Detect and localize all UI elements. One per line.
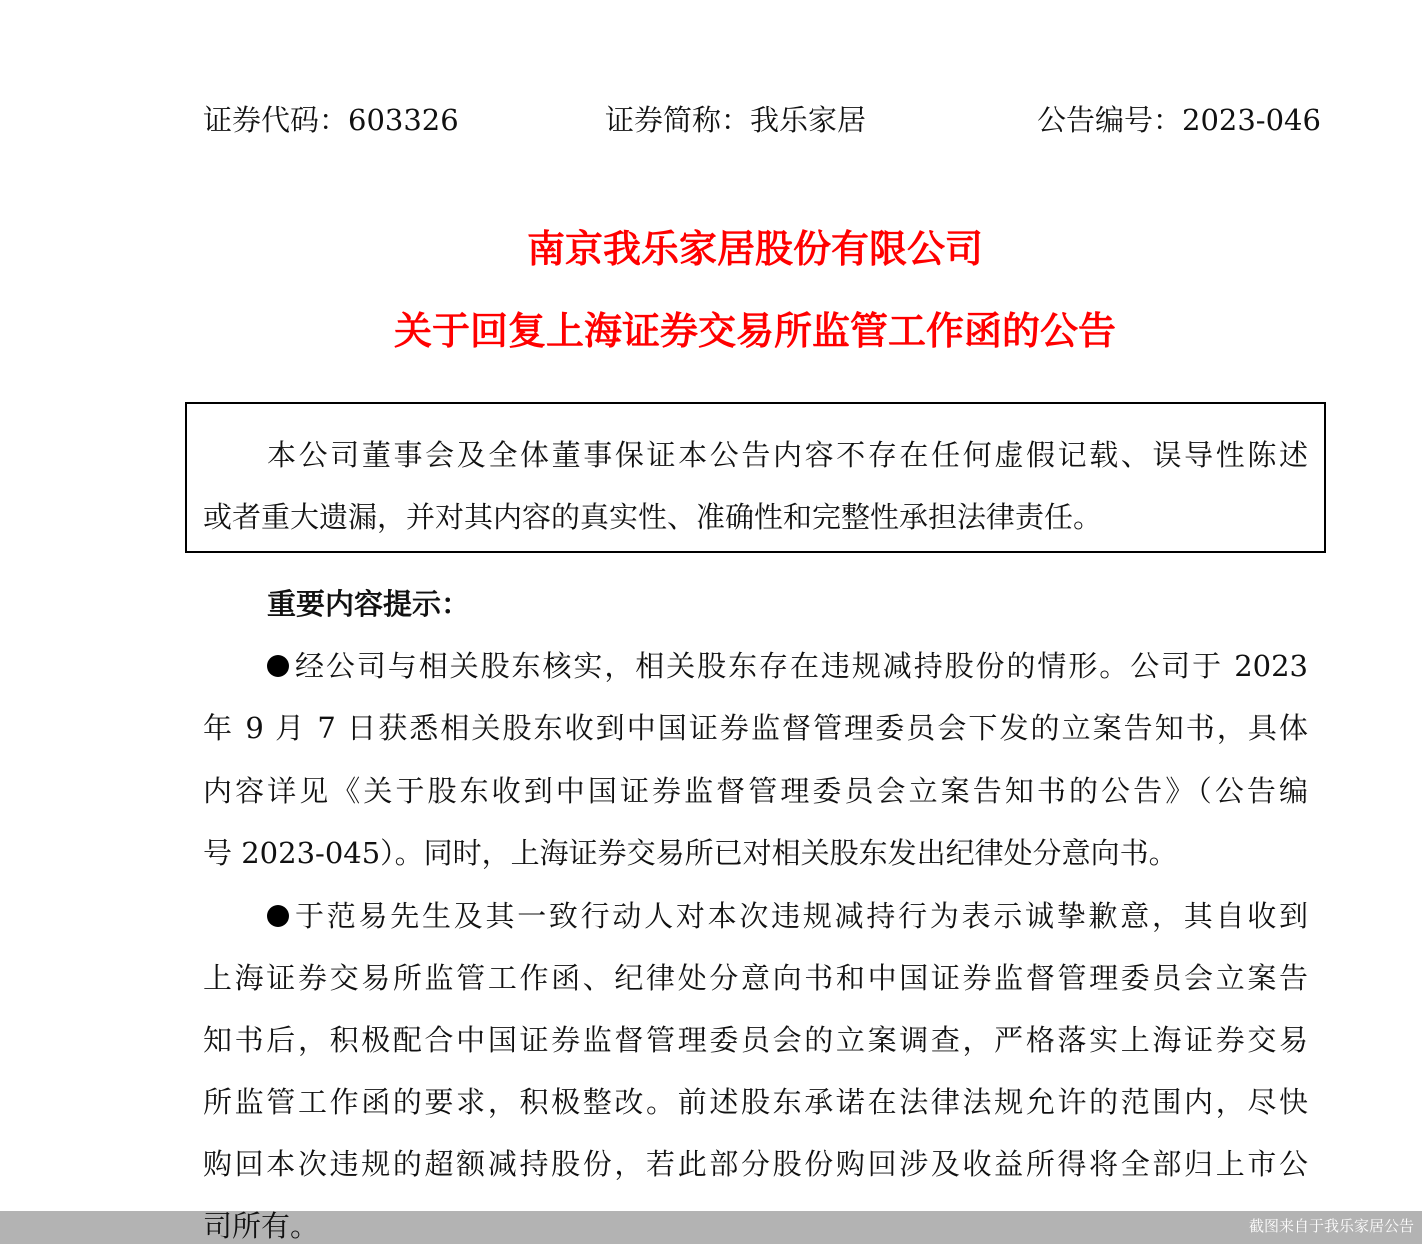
title-subject: 关于回复上海证券交易所监管工作函的公告	[0, 300, 1422, 355]
bullet-icon	[267, 655, 289, 677]
paragraph-line: 内容详见《关于股东收到中国证券监督管理委员会立案告知书的公告》（公告编	[203, 771, 1308, 811]
paragraph-line: 于范易先生及其一致行动人对本次违规减持行为表示诚挚歉意，其自收到	[295, 896, 1308, 936]
paragraph-line: 购回本次违规的超额减持股份，若此部分股份购回涉及收益所得将全部归上市公	[203, 1144, 1308, 1184]
stock-name: 证券简称：我乐家居	[605, 98, 866, 139]
disclaimer-line: 本公司董事会及全体董事保证本公告内容不存在任何虚假记载、误导性陈述	[267, 435, 1308, 475]
paragraph-line: 司所有。	[203, 1206, 1308, 1244]
paragraph-line: 上海证券交易所监管工作函、纪律处分意向书和中国证券监督管理委员会立案告	[203, 958, 1308, 998]
stock-code: 证券代码：603326	[203, 98, 459, 139]
paragraph-line: 经公司与相关股东核实，相关股东存在违规减持股份的情形。公司于 2023	[295, 646, 1308, 686]
important-heading: 重要内容提示：	[267, 584, 470, 624]
title-company: 南京我乐家居股份有限公司	[0, 218, 1422, 273]
bullet-icon	[267, 905, 289, 927]
paragraph-line: 知书后，积极配合中国证券监督管理委员会的立案调查，严格落实上海证券交易	[203, 1020, 1308, 1060]
disclaimer-line: 或者重大遗漏，并对其内容的真实性、准确性和完整性承担法律责任。	[203, 497, 1308, 537]
paragraph-line: 号 2023-045）。同时，上海证券交易所已对相关股东发出纪律处分意向书。	[203, 833, 1308, 873]
notice-number: 公告编号：2023-046	[1037, 98, 1321, 139]
watermark-caption: 截图来自于我乐家居公告	[1249, 1215, 1414, 1236]
paragraph-line: 年 9 月 7 日获悉相关股东收到中国证券监督管理委员会下发的立案告知书，具体	[203, 708, 1308, 748]
paragraph-line: 所监管工作函的要求，积极整改。前述股东承诺在法律法规允许的范围内，尽快	[203, 1082, 1308, 1122]
